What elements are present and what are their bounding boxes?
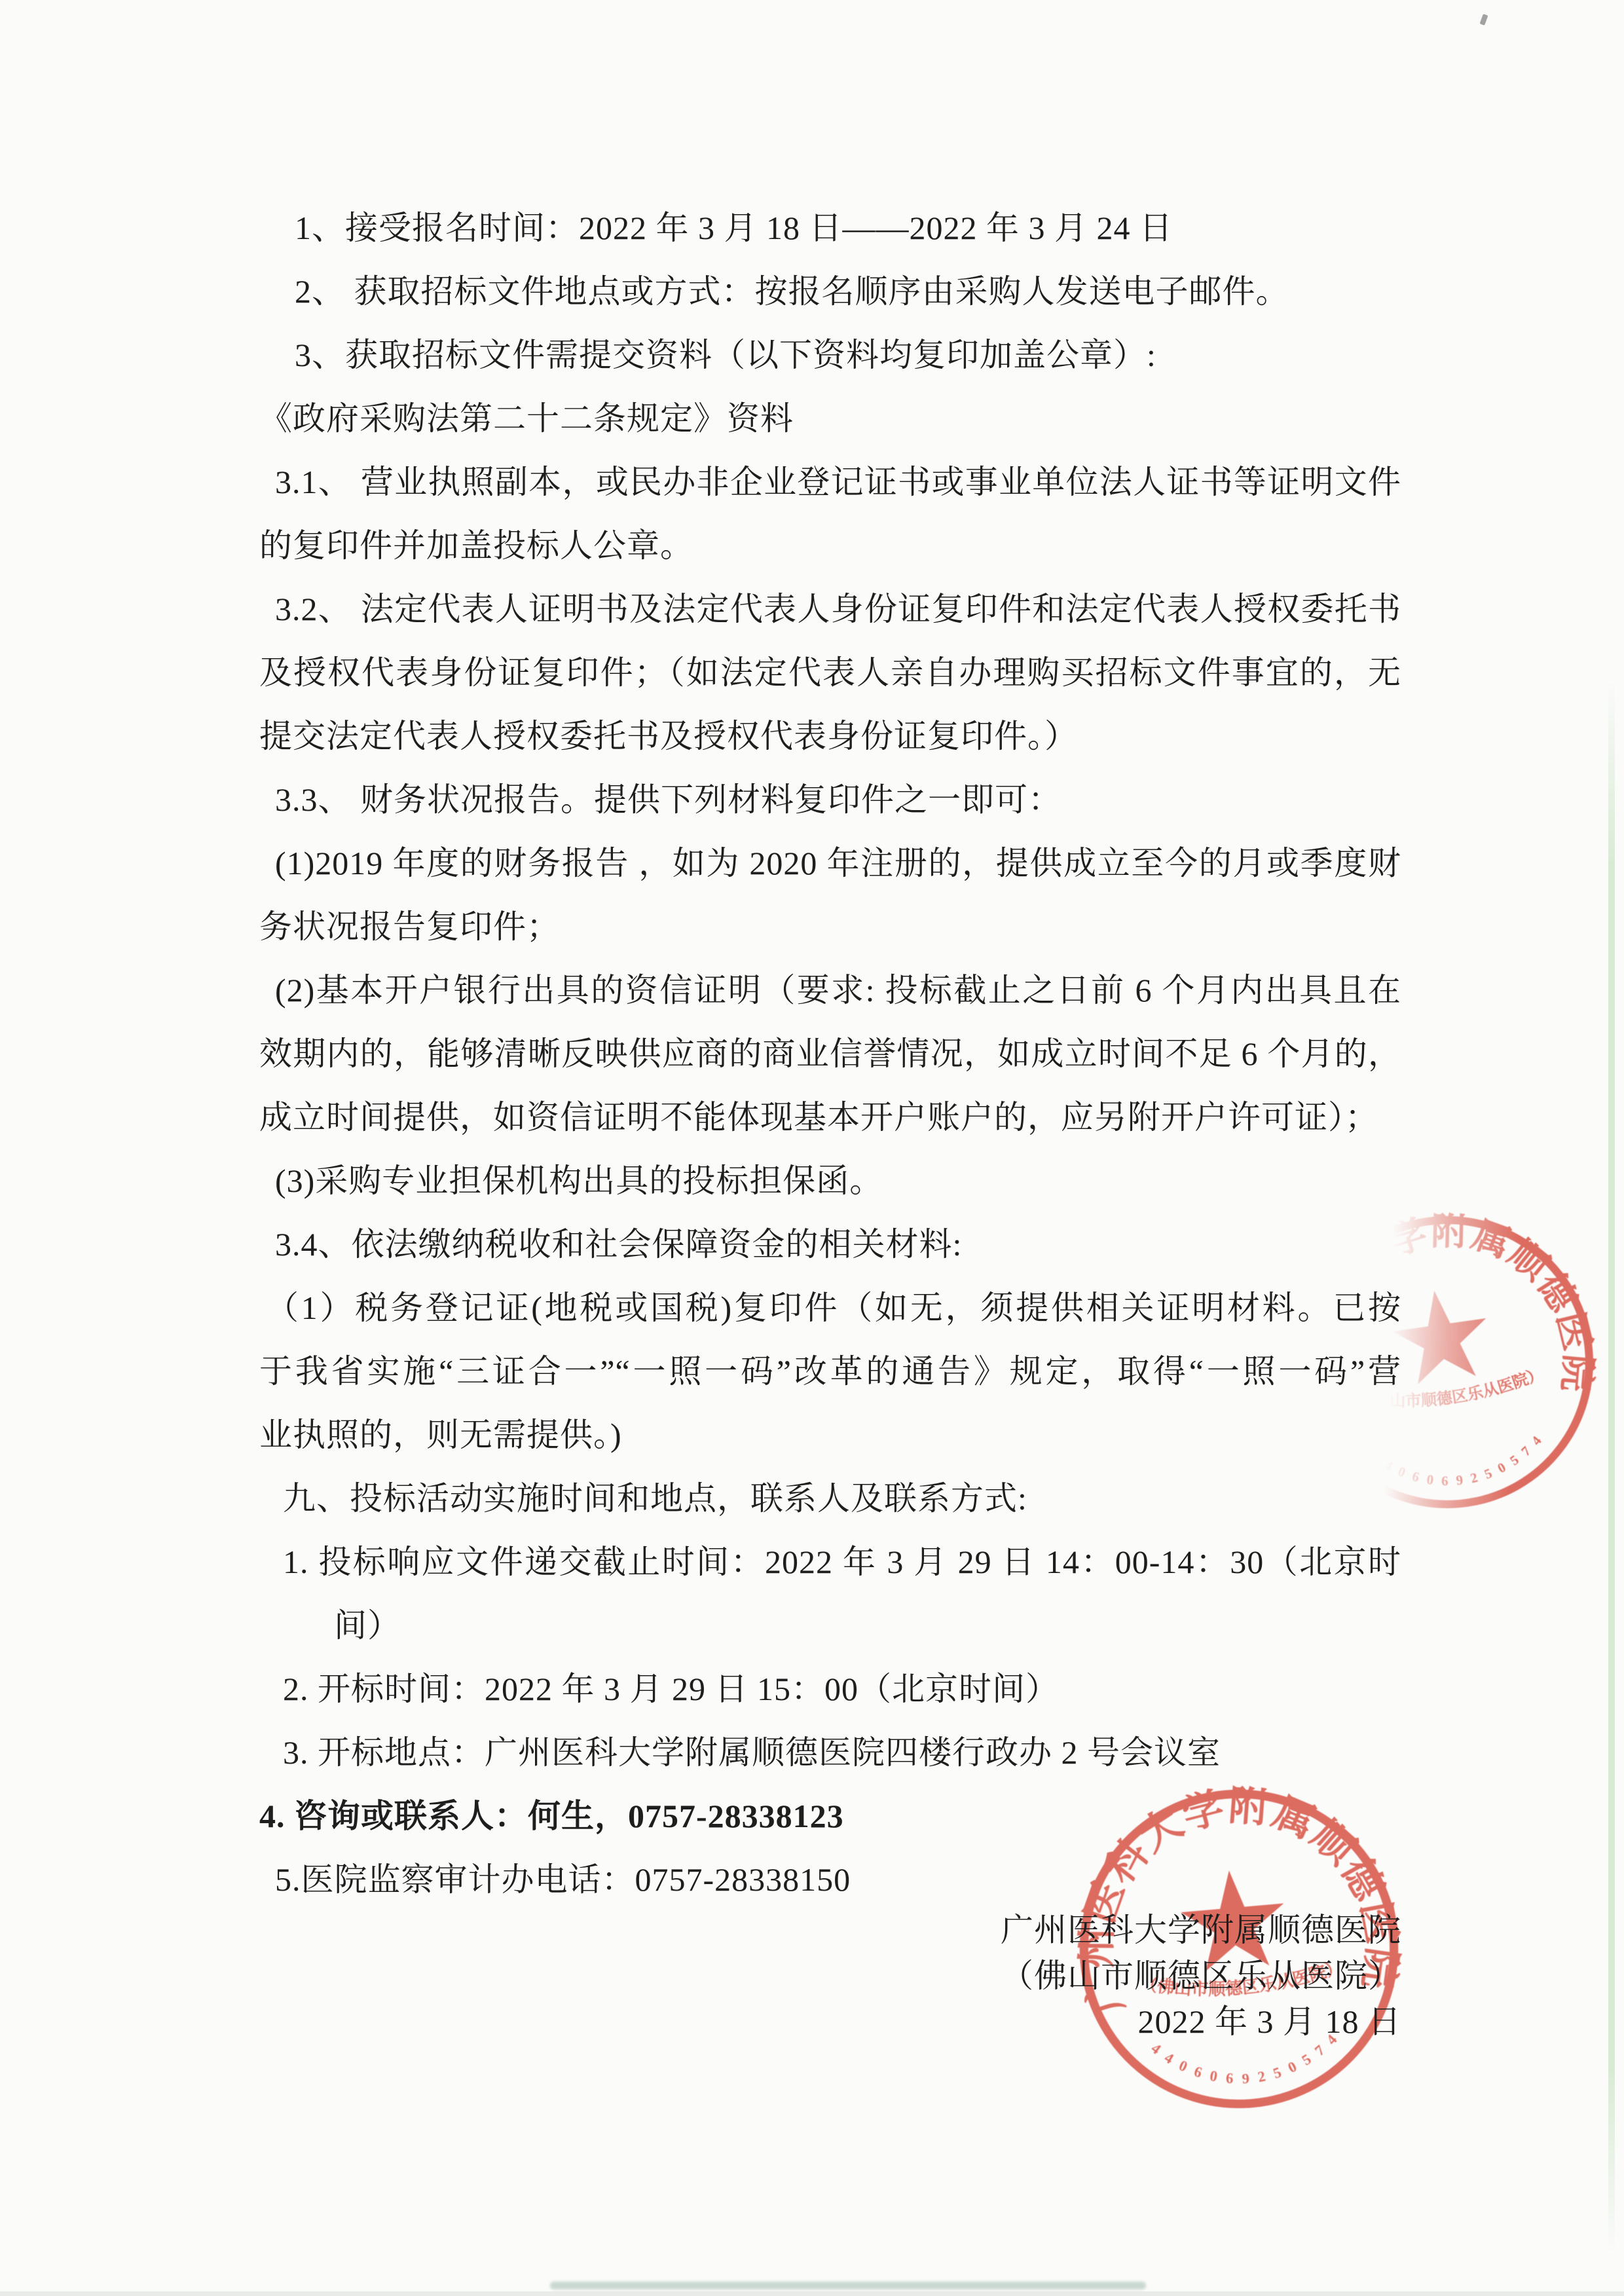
document-line: 的复印件并加盖投标人公章。 <box>259 514 1401 578</box>
document-line: 九、投标活动实施时间和地点，联系人及联系方式: <box>259 1467 1401 1530</box>
seal-graphic: 广州医科大学附属顺德医院 （佛山市顺德区乐从医院） 4406069250574 <box>1268 1183 1624 1542</box>
signature-org-alias: （佛山市顺德区乐从医院） <box>1001 1953 1401 1999</box>
signature-block: 广州医科大学附属顺德医院 （佛山市顺德区乐从医院） 2022 年 3 月 18 … <box>1001 1907 1401 2045</box>
document-line: 3、获取招标文件需提交资料（以下资料均复印加盖公章）: <box>259 324 1401 387</box>
star-icon <box>1388 1284 1494 1386</box>
document-line: 2、 获取招标文件地点或方式：按报名顺序由采购人发送电子邮件。 <box>259 260 1401 324</box>
document-line: 1. 投标响应文件递交截止时间：2022 年 3 月 29 日 14：00-14… <box>259 1530 1401 1594</box>
document-line: 3.4、依法缴纳税收和社会保障资金的相关材料: <box>259 1213 1401 1276</box>
scan-artifact-speck <box>1480 14 1488 26</box>
scanned-document-page: 1、接受报名时间：2022 年 3 月 18 日——2022 年 3 月 24 … <box>0 0 1624 2296</box>
document-line: 提交法定代表人授权委托书及授权代表身份证复印件。） <box>259 705 1401 768</box>
document-line: 3. 开标地点：广州医科大学附属顺德医院四楼行政办 2 号会议室 <box>259 1721 1401 1785</box>
document-line: 于我省实施“三证合一”“一照一码”改革的通告》规定，取得“一照一码”营 <box>259 1340 1401 1403</box>
document-line: 务状况报告复印件； <box>259 895 1401 959</box>
document-line: (1)2019 年度的财务报告 ，如为 2020 年注册的，提供成立至今的月或季… <box>259 832 1401 895</box>
scan-artifact-bottom-streak <box>550 2282 1146 2289</box>
document-line: 间） <box>259 1594 1401 1657</box>
document-line: 及授权代表身份证复印件；（如法定代表人亲自办理购买招标文件事宜的，无需 <box>259 641 1401 705</box>
seal-subtitle-text: （佛山市顺德区乐从医院） <box>1356 1364 1547 1420</box>
svg-text:（佛山市顺德区乐从医院）: （佛山市顺德区乐从医院） <box>1356 1364 1547 1420</box>
document-line: 3.1、 营业执照副本，或民办非企业登记证书或事业单位法人证书等证明文件 <box>259 451 1401 514</box>
signature-org: 广州医科大学附属顺德医院 <box>1001 1907 1401 1953</box>
document-line: 3.2、 法定代表人证明书及法定代表人身份证复印件和法定代表人授权委托书 <box>259 578 1401 641</box>
seal-code: 4406069250574 <box>1367 1426 1555 1500</box>
document-line: (3)采购专业担保机构出具的投标担保函。 <box>259 1149 1401 1213</box>
signature-date: 2022 年 3 月 18 日 <box>1001 1999 1401 2045</box>
document-line: 成立时间提供，如资信证明不能体现基本开户账户的，应另附开户许可证）； <box>259 1086 1401 1149</box>
document-line: 3.3、 财务状况报告。提供下列材料复印件之一即可： <box>259 768 1401 832</box>
document-line: (2)基本开户银行出具的资信证明（要求: 投标截止之日前 6 个月内出具且在有 <box>259 959 1401 1022</box>
document-line: 效期内的，能够清晰反映供应商的商业信誉情况，如成立时间不足 6 个月的，按 <box>259 1022 1401 1086</box>
document-line: 《政府采购法第二十二条规定》资料 <box>259 387 1401 451</box>
document-line: 业执照的，则无需提供。) <box>259 1403 1401 1467</box>
scan-artifact-bottom-edge <box>0 2291 1624 2296</box>
document-line: （1）税务登记证(地税或国税)复印件（如无，须提供相关证明材料。已按《关 <box>259 1276 1401 1340</box>
document-line: 2. 开标时间：2022 年 3 月 29 日 15：00（北京时间） <box>259 1657 1401 1721</box>
document-line: 1、接受报名时间：2022 年 3 月 18 日——2022 年 3 月 24 … <box>259 196 1401 260</box>
official-seal-partial: 广州医科大学附属顺德医院 （佛山市顺德区乐从医院） 4406069250574 <box>1268 1183 1624 1542</box>
document-body: 1、接受报名时间：2022 年 3 月 18 日——2022 年 3 月 24 … <box>259 196 1401 1912</box>
svg-text:4406069250574: 4406069250574 <box>1367 1426 1555 1500</box>
